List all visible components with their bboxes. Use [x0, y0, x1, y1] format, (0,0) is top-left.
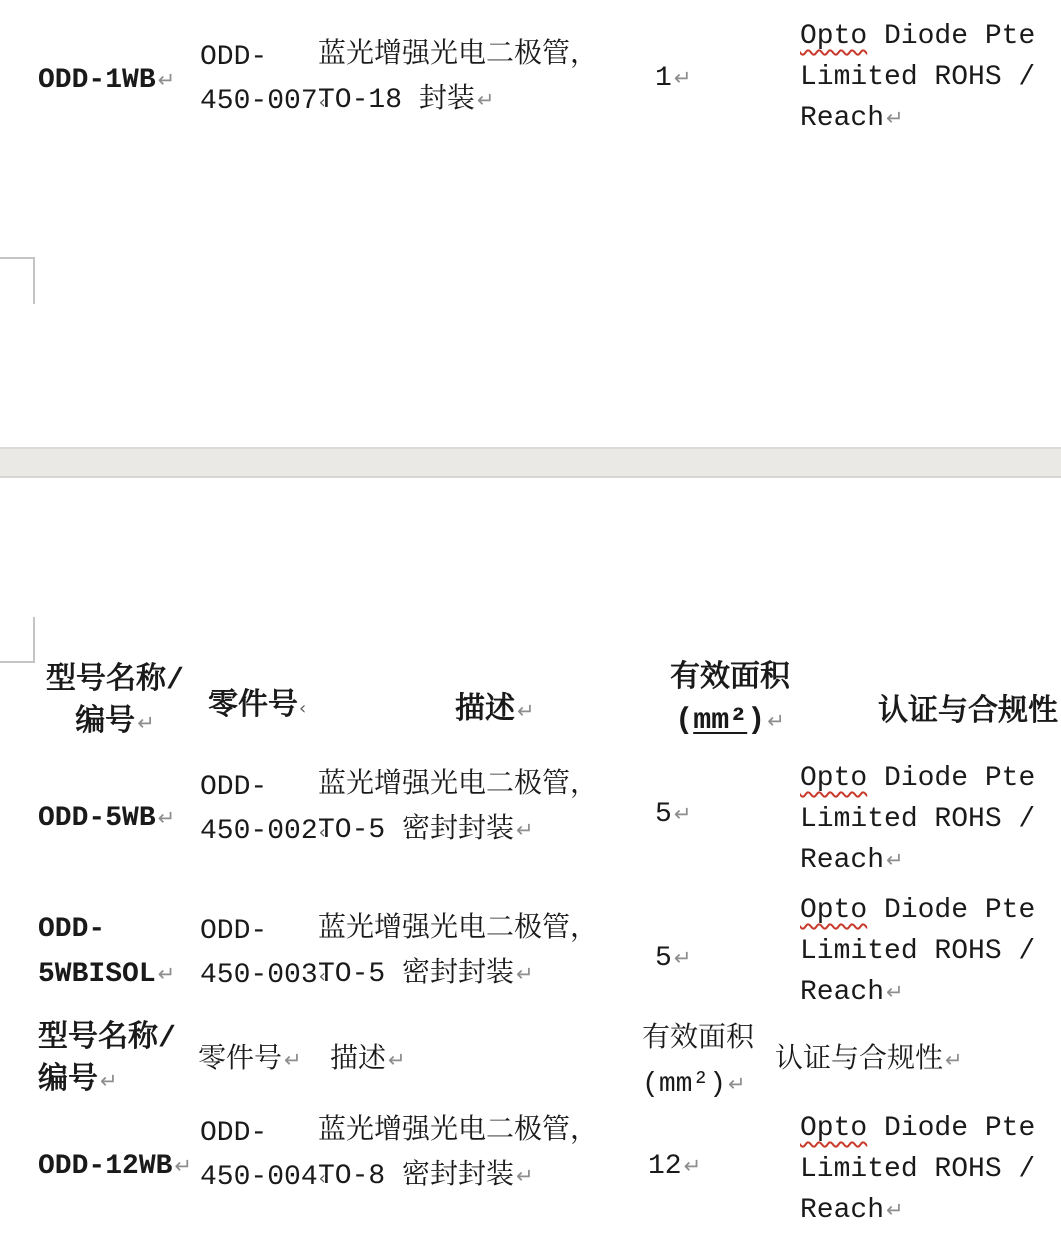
- header-area: 有效面积 (mm²)↵: [642, 1018, 754, 1107]
- header-desc: 描述↵: [455, 690, 535, 732]
- area-cell: 5↵: [655, 792, 691, 837]
- certification-line: Limited ROHS /: [800, 57, 1035, 98]
- model-cell: ODD-12WB↵: [38, 1144, 192, 1189]
- certification-line: Reach↵: [800, 98, 1035, 139]
- header-area: 有效面积 (mm²)↵: [645, 658, 815, 742]
- paragraph-mark: ↵: [514, 962, 534, 986]
- paragraph-mark: ↵: [726, 1072, 746, 1096]
- certification-cell: Opto Diode Pte Limited ROHS / Reach↵: [800, 16, 1035, 139]
- page-break-band: [0, 447, 1061, 478]
- model-text: ODD-1WB: [38, 65, 156, 96]
- mm2-unit: mm²: [693, 704, 747, 738]
- part-number-cell: ODD- 450-007‹: [200, 36, 326, 125]
- model-cell: ODD- 5WBISOL↵: [38, 908, 175, 997]
- header-model: 型号名称/ 编号↵: [35, 660, 195, 744]
- spellcheck-word: Opto: [800, 895, 867, 926]
- paragraph-mark: ↵: [386, 1048, 406, 1072]
- header-cert: 认证与合规性↵: [878, 692, 1061, 734]
- model-cell: ODD-1WB↵: [38, 58, 175, 103]
- certification-line: Opto Diode Pte: [800, 16, 1035, 57]
- header-cert: 认证与合规性↵: [775, 1038, 963, 1083]
- document-page: ODD-1WB↵ ODD- 450-007‹ 蓝光增强光电二极管， TO-18 …: [0, 0, 1061, 1233]
- paragraph-mark: ↵: [172, 1154, 192, 1178]
- description-line: 蓝光增强光电二极管，: [318, 34, 598, 78]
- paragraph-mark: ↵: [156, 68, 176, 92]
- paragraph-mark: ↵: [765, 709, 785, 733]
- paragraph-mark: ↵: [514, 818, 534, 842]
- paragraph-mark: ↵: [943, 1048, 963, 1072]
- spellcheck-word: Opto: [800, 1113, 867, 1144]
- paragraph-mark: ↵: [884, 106, 904, 130]
- part-number-cell: ODD- 450-002‹: [200, 766, 326, 855]
- part-number-cell: ODD- 450-004‹: [200, 1112, 326, 1201]
- paragraph-mark: ↵: [282, 1048, 302, 1072]
- paragraph-mark: ↵: [135, 711, 155, 735]
- paragraph-mark: ↵: [156, 806, 176, 830]
- cell-mark: ‹: [298, 698, 306, 719]
- header-part: 零件号‹: [208, 686, 306, 730]
- paragraph-mark: ↵: [672, 802, 692, 826]
- part-number-cell: ODD- 450-003‹: [200, 910, 326, 999]
- area-cell: 12↵: [648, 1144, 701, 1189]
- description-cell: 蓝光增强光电二极管， TO-18 封装↵: [318, 34, 598, 123]
- description-cell: 蓝光增强光电二极管， TO-5 密封封装↵: [318, 764, 598, 853]
- text-boundary-mark: [0, 257, 34, 259]
- mm2-unit: mm²: [659, 1069, 709, 1100]
- paragraph-mark: ↵: [475, 88, 495, 112]
- paragraph-mark: ↵: [884, 848, 904, 872]
- description-cell: 蓝光增强光电二极管， TO-8 密封封装↵: [318, 1110, 598, 1199]
- part-line: ODD-: [200, 36, 326, 80]
- header-desc: 描述↵: [330, 1038, 406, 1083]
- text-boundary-mark: [33, 617, 35, 663]
- paragraph-mark: ↵: [514, 1164, 534, 1188]
- header-model: 型号名称/ 编号↵: [38, 1018, 176, 1102]
- paragraph-mark: ↵: [672, 946, 692, 970]
- paragraph-mark: ↵: [672, 66, 692, 90]
- paragraph-mark: ↵: [884, 1198, 904, 1222]
- spellcheck-word: Opto: [800, 763, 867, 794]
- certification-cell: Opto Diode Pte Limited ROHS / Reach↵: [800, 1108, 1035, 1231]
- paragraph-mark: ↵: [884, 980, 904, 1004]
- part-line: 450-007‹: [200, 80, 326, 125]
- spellcheck-word: Opto: [800, 21, 867, 52]
- area-cell: 5↵: [655, 936, 691, 981]
- certification-cell: Opto Diode Pte Limited ROHS / Reach↵: [800, 890, 1035, 1013]
- paragraph-mark: ↵: [156, 962, 176, 986]
- paragraph-mark: ↵: [98, 1069, 118, 1093]
- text-boundary-mark: [33, 257, 35, 304]
- area-cell: 1↵: [655, 56, 691, 101]
- text-boundary-mark: [0, 661, 34, 663]
- description-cell: 蓝光增强光电二极管， TO-5 密封封装↵: [318, 908, 598, 997]
- paragraph-mark: ↵: [515, 699, 535, 723]
- header-part: 零件号↵: [198, 1038, 302, 1083]
- certification-cell: Opto Diode Pte Limited ROHS / Reach↵: [800, 758, 1035, 881]
- description-line: TO-18 封装↵: [318, 78, 598, 123]
- paragraph-mark: ↵: [682, 1154, 702, 1178]
- model-cell: ODD-5WB↵: [38, 796, 175, 841]
